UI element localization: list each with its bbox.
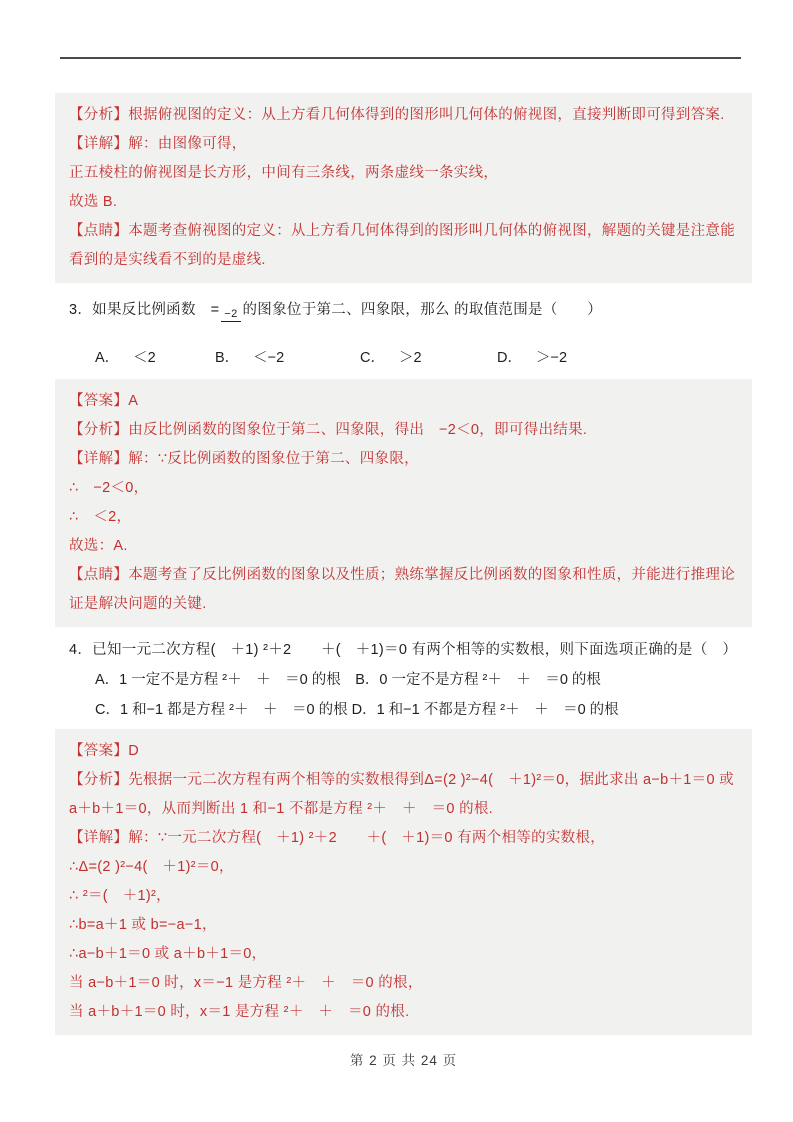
solution-line: ∴ ＜2， (69, 503, 738, 532)
q2-solution-block: 【分析】根据俯视图的定义：从上方看几何体得到的图形叫几何体的俯视图，直接判断即可… (55, 93, 752, 283)
solution-line: 当 a−b＋1＝0 时，x＝−1 是方程 ²＋ ＋ ＝0 的根， (69, 969, 738, 998)
solution-line: 故选 B. (69, 188, 738, 217)
fraction-denominator (221, 322, 240, 329)
question-3-options: A．＜2B．＜−2C．＞2D．＞−2 (55, 343, 752, 373)
fraction-numerator: −2 (221, 308, 240, 322)
solution-line: 故选：A. (69, 532, 738, 561)
answer-line: 【答案】D (69, 737, 738, 766)
option-a-label: A． (95, 350, 119, 366)
solution-line: 【详解】解：∵反比例函数的图象位于第二、四象限， (69, 445, 738, 474)
page-footer: 第 2 页 共 24 页 (55, 1049, 752, 1069)
option-d-label: D． (497, 350, 522, 366)
option-a: A．＜2 (95, 343, 215, 373)
question-3-stem-suffix: 的图象位于第二、四象限，那么 的取值范围是（ ） (243, 302, 603, 318)
solution-line: ∴a−b＋1＝0 或 a＋b＋1＝0， (69, 940, 738, 969)
solution-line: 【详解】解：∵一元二次方程( ＋1) ²＋2 ＋( ＋1)＝0 有两个相等的实数… (69, 824, 738, 853)
option-c-label: C． (360, 350, 385, 366)
document-page: 【分析】根据俯视图的定义：从上方看几何体得到的图形叫几何体的俯视图，直接判断即可… (0, 0, 793, 1122)
solution-line: ∴Δ=(2 )²−4( ＋1)²＝0， (69, 853, 738, 882)
solution-line: ∴ −2＜0， (69, 474, 738, 503)
q3-solution-block: 【答案】A 【分析】由反比例函数的图象位于第二、四象限，得出 −2＜0，即可得出… (55, 379, 752, 627)
option-d-value: ＞−2 (536, 350, 567, 366)
page-content: 【分析】根据俯视图的定义：从上方看几何体得到的图形叫几何体的俯视图，直接判断即可… (55, 0, 752, 1069)
solution-line: 当 a＋b＋1＝0 时，x＝1 是方程 ²＋ ＋ ＝0 的根. (69, 998, 738, 1027)
fraction: −2 (221, 308, 240, 329)
solution-line: 【分析】先根据一元二次方程有两个相等的实数根得到Δ=(2 )²−4( ＋1)²＝… (69, 766, 738, 824)
solution-line: 【分析】由反比例函数的图象位于第二、四象限，得出 −2＜0，即可得出结果. (69, 416, 738, 445)
option-b: B．＜−2 (215, 343, 360, 373)
option-b-value: ＜−2 (253, 350, 284, 366)
solution-line: 【点睛】本题考查了反比例函数的图象以及性质；熟练掌握反比例函数的图象和性质，并能… (69, 561, 738, 619)
solution-line: 【分析】根据俯视图的定义：从上方看几何体得到的图形叫几何体的俯视图，直接判断即可… (69, 101, 738, 130)
option-d: D．＞−2 (497, 343, 567, 373)
solution-line: 【详解】解：由图像可得， (69, 130, 738, 159)
question-4-option-row-ab: A．1 一定不是方程 ²＋ ＋ ＝0 的根 B．0 一定不是方程 ²＋ ＋ ＝0… (55, 665, 752, 695)
question-3-stem: 3．如果反比例函数 =−2的图象位于第二、四象限，那么 的取值范围是（ ） (55, 295, 752, 329)
question-4-option-row-cd: C．1 和−1 都是方程 ²＋ ＋ ＝0 的根 D．1 和−1 不都是方程 ²＋… (55, 695, 752, 725)
option-a-value: ＜2 (133, 350, 156, 366)
solution-line: ∴b=a＋1 或 b=−a−1， (69, 911, 738, 940)
answer-line: 【答案】A (69, 387, 738, 416)
solution-line: ∴ ²＝( ＋1)²， (69, 882, 738, 911)
question-3-stem-prefix: 3．如果反比例函数 = (69, 302, 219, 318)
question-4-stem: 4．已知一元二次方程( ＋1) ²＋2 ＋( ＋1)＝0 有两个相等的实数根，则… (55, 635, 752, 665)
option-c: C．＞2 (360, 343, 497, 373)
q4-solution-block: 【答案】D 【分析】先根据一元二次方程有两个相等的实数根得到Δ=(2 )²−4(… (55, 729, 752, 1035)
solution-line: 正五棱柱的俯视图是长方形，中间有三条线，两条虚线一条实线， (69, 159, 738, 188)
option-c-value: ＞2 (399, 350, 422, 366)
solution-line: 【点睛】本题考查俯视图的定义：从上方看几何体得到的图形叫几何体的俯视图，解题的关… (69, 217, 738, 275)
option-b-label: B． (215, 350, 239, 366)
